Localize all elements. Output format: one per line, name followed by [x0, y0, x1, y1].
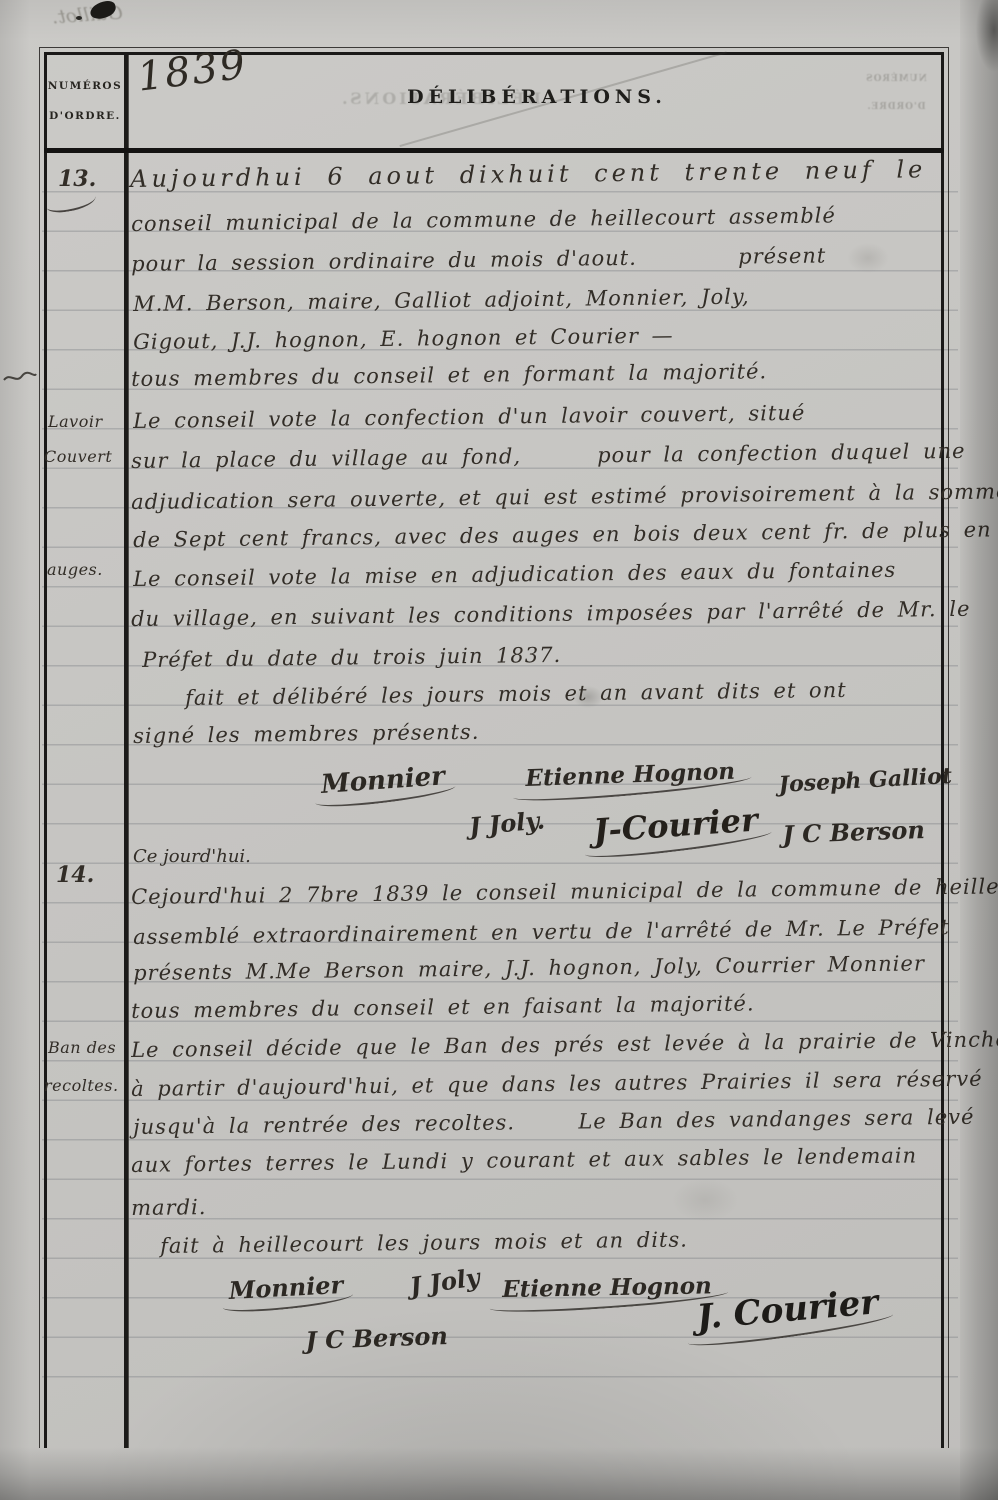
entry-13-line: signé les membres présents.: [133, 720, 480, 748]
entry-14-line: mardi.: [131, 1195, 207, 1220]
ink-dot: [76, 16, 82, 20]
signature-etienne-hognon: Etienne Hognon: [502, 1272, 712, 1303]
order-column-divider: [124, 55, 129, 1448]
margin-note-lavoir: Lavoir: [48, 412, 103, 431]
signature-j-c-berson: J C Berson: [305, 1321, 448, 1355]
margin-ink-mark: [2, 368, 38, 386]
margin-note-couvert: Couvert: [44, 447, 112, 466]
interline-note: Ce jourd'hui.: [133, 846, 251, 867]
signature-j-c-berson: J C Berson: [782, 815, 925, 849]
order-column-header-line1: NUMÉROS: [42, 80, 128, 92]
numeros-showthrough: NUMÉROS: [848, 74, 944, 84]
order-column-header-line2: D'ORDRE.: [42, 110, 128, 122]
signature-monnier: Monnier: [228, 1270, 344, 1305]
margin-note-ban-des: Ban des: [48, 1038, 116, 1057]
deliberations-title: DÉLIBÉRATIONS.: [128, 86, 946, 108]
header-bottom-rule: [44, 148, 944, 153]
scanned-register-page: Guillot. NUMÉROS D'ORDRE. DÉLIBÉRATIONS.…: [0, 0, 998, 1500]
margin-note-auges: auges.: [47, 560, 103, 579]
right-page-edge: [960, 0, 998, 1500]
entry-13-number: 13.: [58, 166, 96, 192]
entry-14-number: 14.: [56, 862, 94, 888]
bottom-page-edge: [0, 1447, 998, 1500]
margin-note-recoltes: recoltes.: [44, 1076, 119, 1095]
entry-13-line: Préfet du date du trois juin 1837.: [142, 643, 561, 672]
